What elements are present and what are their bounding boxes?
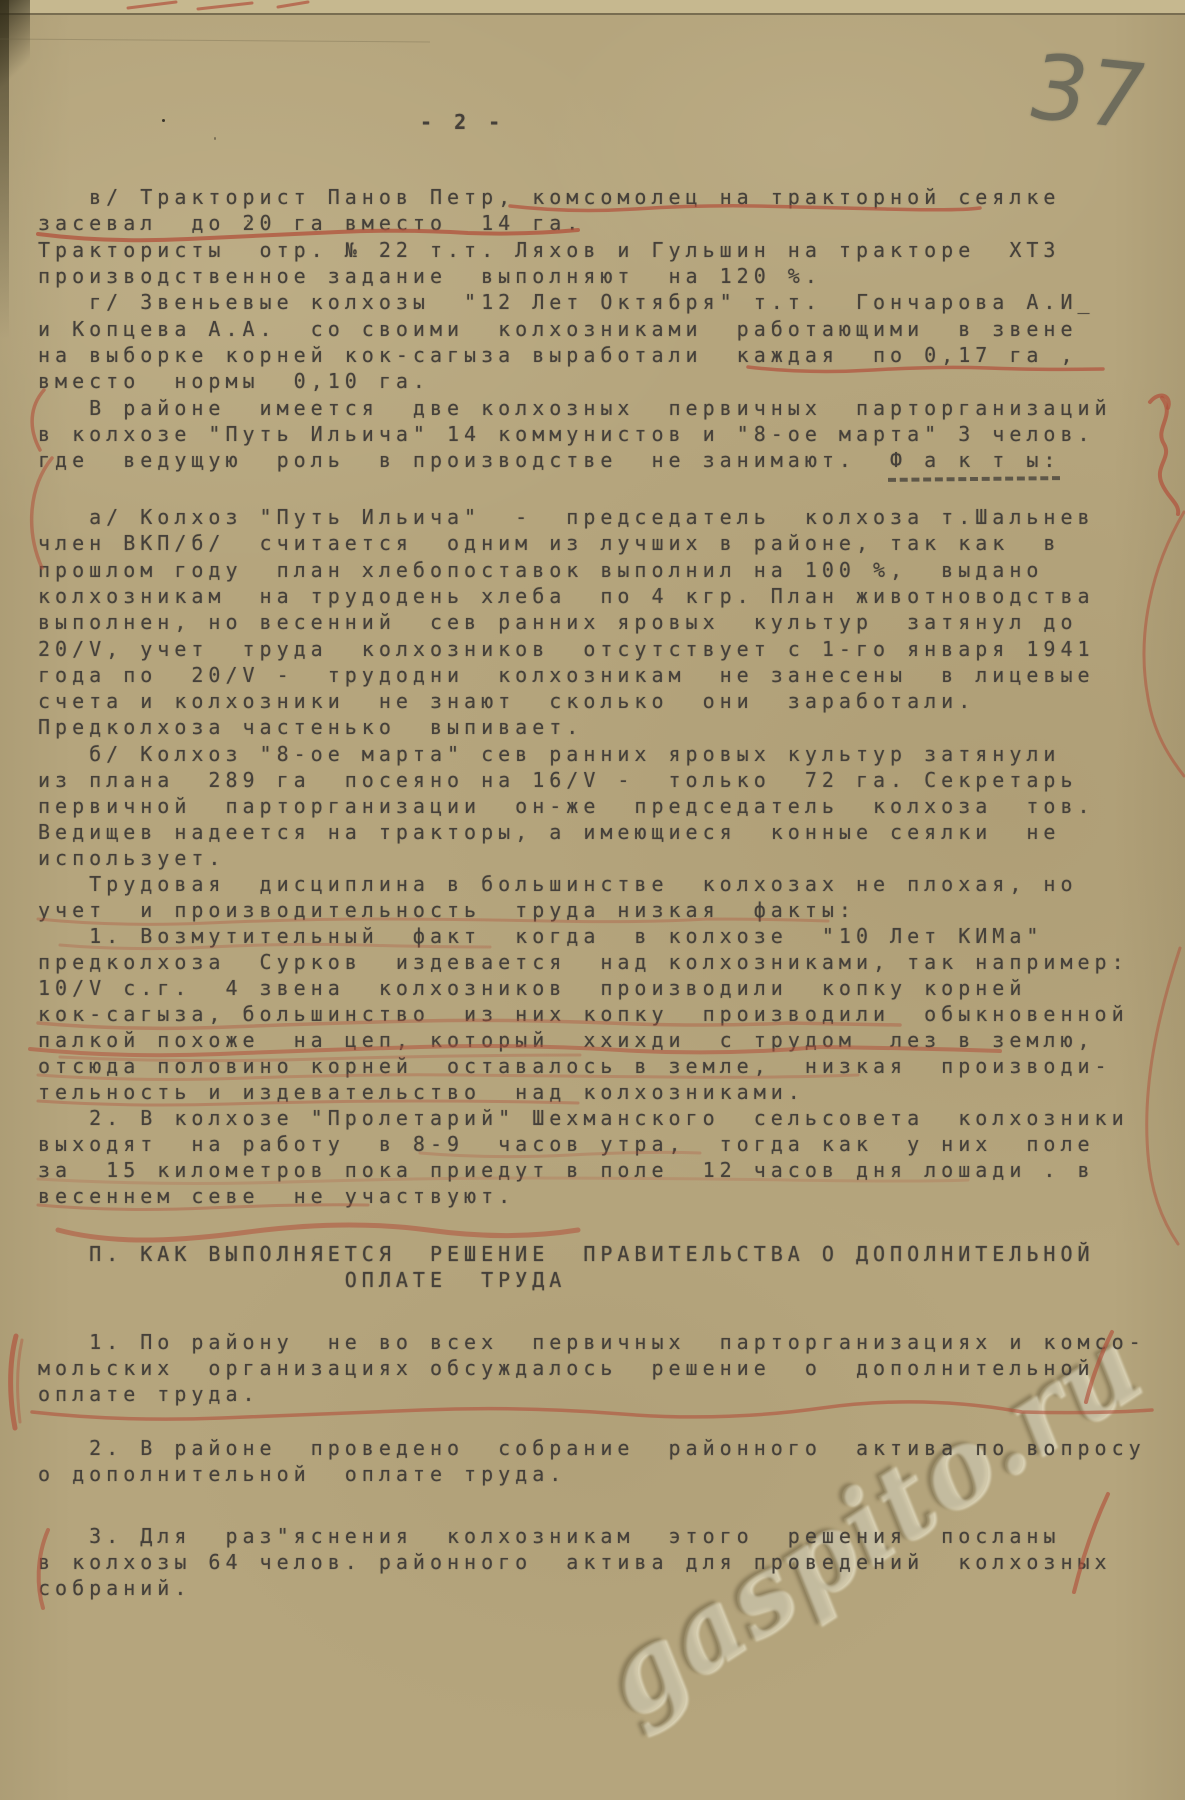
typed-line: палкой похоже на цеп, который ххихди с т… (38, 1028, 1095, 1052)
typed-line: счета и колхозники не знают сколько они … (38, 689, 975, 713)
typed-line: первичной парторганизации он-же председа… (38, 794, 1095, 818)
typed-line: засевал до 20 га вместо 14 га. (38, 211, 583, 235)
paper-crease (0, 38, 430, 42)
typed-line: где ведущую роль в производстве не заним… (38, 448, 1060, 472)
typed-line: на выборке корней кок-сагыза выработали … (38, 343, 1078, 367)
handwritten-folio-number: 37 (1018, 35, 1156, 150)
section-heading-line: ОПЛАТЕ ТРУДА (38, 1268, 566, 1292)
typed-line: собраний. (38, 1576, 191, 1600)
typed-line: мольских организациях обсуждалось решени… (38, 1356, 1095, 1380)
typed-line: года по 20/V - трудодни колхозникам не з… (38, 663, 1095, 687)
typed-line: в колхозе "Путь Ильича" 14 коммунистов и… (38, 422, 1095, 446)
section-heading-line: П. КАК ВЫПОЛНЯЕТСЯ РЕШЕНИЕ ПРАВИТЕЛЬСТВА… (38, 1242, 1095, 1266)
paper-speck (214, 137, 216, 140)
typed-line: а/ Колхоз "Путь Ильича" - председатель к… (38, 505, 1095, 529)
typed-line: Трудовая дисциплина в большинстве колхоз… (38, 872, 1078, 896)
typed-line: прошлом году план хлебопоставок выполнил… (38, 558, 1043, 582)
adjacent-sheet-edge (0, 0, 1185, 15)
page-number: - 2 - (420, 110, 505, 134)
typed-line: весеннем севе не участвуют. (38, 1184, 515, 1208)
typed-line: тельность и издевательство над колхозник… (38, 1080, 805, 1104)
typed-line: 3. Для раз"яснения колхозникам этого реш… (38, 1524, 1060, 1548)
typed-line: выходят на работу в 8-9 часов утра, тогд… (38, 1132, 1095, 1156)
typed-line: отсюда половино корней оставалось в земл… (38, 1054, 1112, 1078)
typed-line: производственное задание выполняют на 12… (38, 264, 822, 288)
paper-speck (162, 119, 165, 122)
typed-line: 1. Возмутительный факт когда в колхозе "… (38, 924, 1043, 948)
typed-line: использует. (38, 846, 225, 870)
typed-line: выполнен, но весенний сев ранних яровых … (38, 610, 1078, 634)
typed-line: колхозникам на трудодень хлеба по 4 кгр.… (38, 584, 1095, 608)
scanned-archive-page: { "page": { "page_number_label": "- 2 -"… (0, 0, 1185, 1800)
typed-line: 2. В колхозе "Пролетарий" Шехманского се… (38, 1106, 1129, 1130)
typed-dash-underline (888, 476, 1060, 482)
typed-line: 10/V с.г. 4 звена колхозников производил… (38, 976, 1026, 1000)
typed-line: в колхозы 64 челов. районного актива для… (38, 1550, 1112, 1574)
typed-line: оплате труда. (38, 1382, 260, 1406)
typed-line: г/ Звеньевые колхозы "12 Лет Октября" т.… (38, 290, 1095, 314)
typed-line: б/ Колхоз "8-ое марта" сев ранних яровых… (38, 742, 1060, 766)
typed-line: кок-сагыза, большинство из них копку про… (38, 1002, 1129, 1026)
typed-line: за 15 километров пока приедут в поле 12 … (38, 1158, 1095, 1182)
typed-line: в/ Тракторист Панов Петр, комсомолец на … (38, 185, 1060, 209)
typed-line: Трактористы отр. № 22 т.т. Ляхов и Гульш… (38, 238, 1060, 262)
typed-line: 20/V, учет труда колхозников отсутствует… (38, 637, 1095, 661)
typed-line: 2. В районе проведено собрание районного… (38, 1436, 1146, 1460)
typed-line: Ведищев надеется на тракторы, а имеющиес… (38, 820, 1060, 844)
typed-line: из плана 289 га посеяно на 16/V - только… (38, 768, 1078, 792)
typed-line: и Копцева А.А. со своими колхозниками ра… (38, 317, 1078, 341)
page-left-edge-shadow (0, 0, 9, 340)
typed-line: член ВКП/б/ считается одним из лучших в … (38, 531, 1060, 555)
typed-line: В районе имеется две колхозных первичных… (38, 396, 1112, 420)
typed-line: о дополнительной оплате труда. (38, 1462, 566, 1486)
typed-line: учет и производительность труда низкая ф… (38, 898, 856, 922)
typed-line: Предколхоза частенько выпивает. (38, 715, 583, 739)
typed-line: вместо нормы 0,10 га. (38, 369, 430, 393)
typed-line: 1. По району не во всех первичных партор… (38, 1330, 1146, 1354)
typed-line: предколхоза Сурков издевается над колхоз… (38, 950, 1129, 974)
